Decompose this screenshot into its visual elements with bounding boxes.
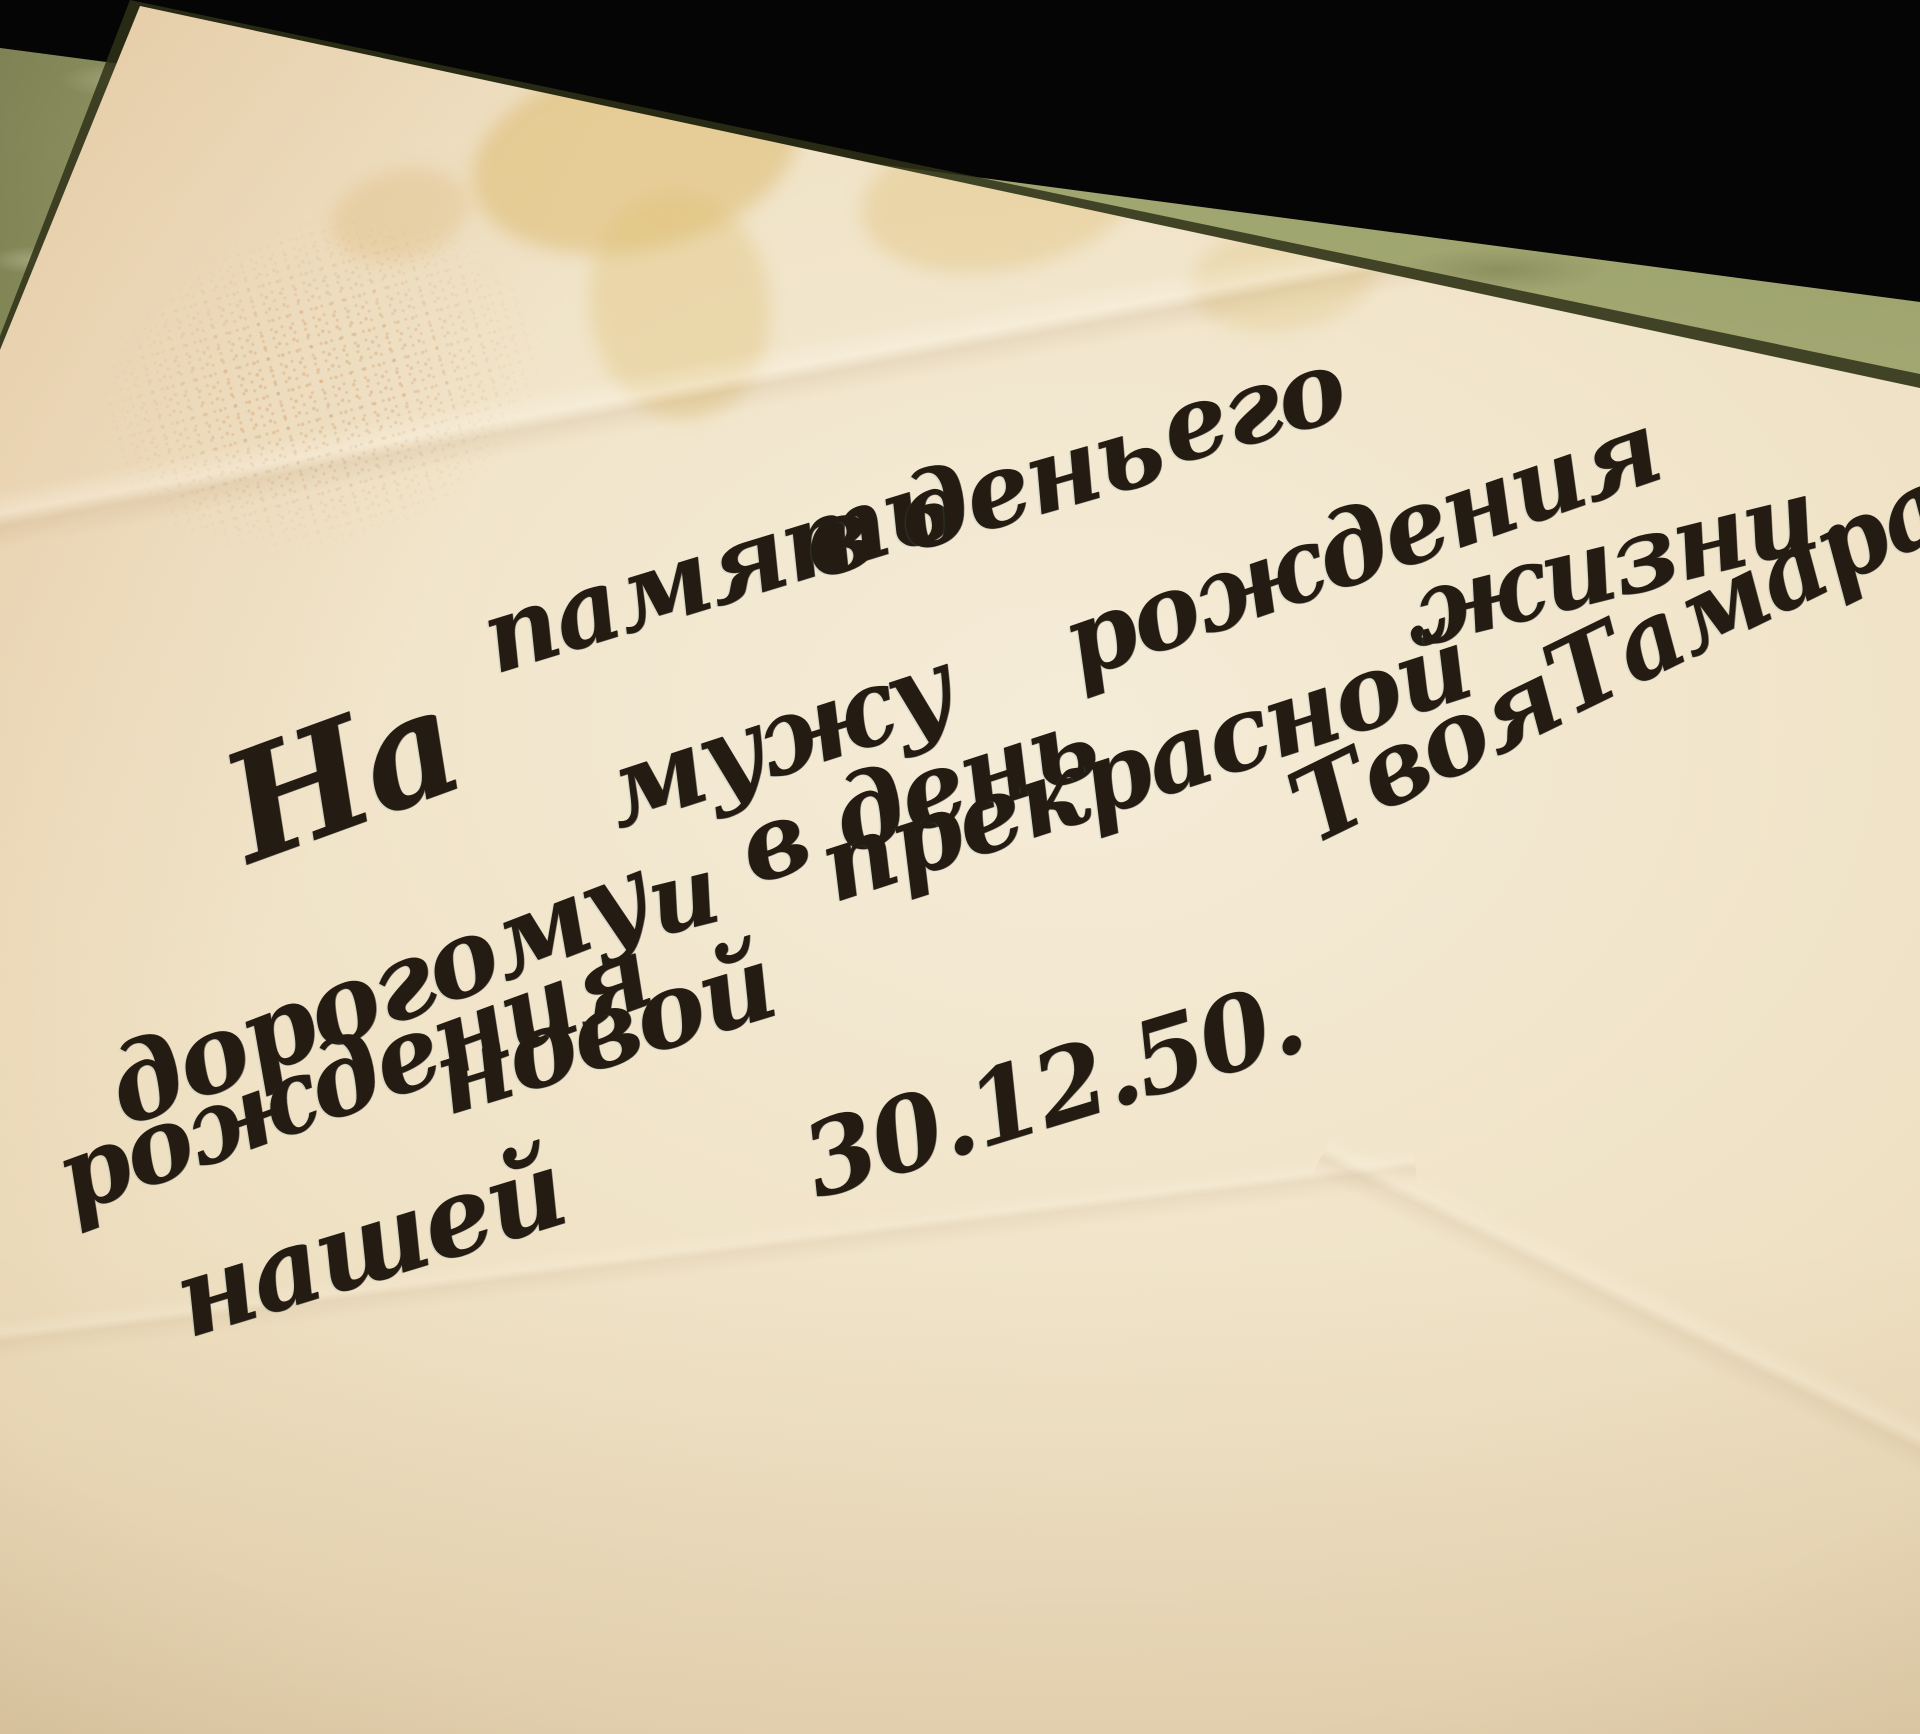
word-ego: его [1147,324,1357,490]
page-surface: На память в день его дорогому мужу и в д… [0,0,1920,1734]
photo-of-inscription: На память в день его дорогому мужу и в д… [0,0,1920,1734]
paper-crease [1306,1107,1920,1582]
foxing-speckles [53,163,586,607]
word-na: На [201,651,481,900]
word-date: 30.12.50. [789,957,1316,1224]
